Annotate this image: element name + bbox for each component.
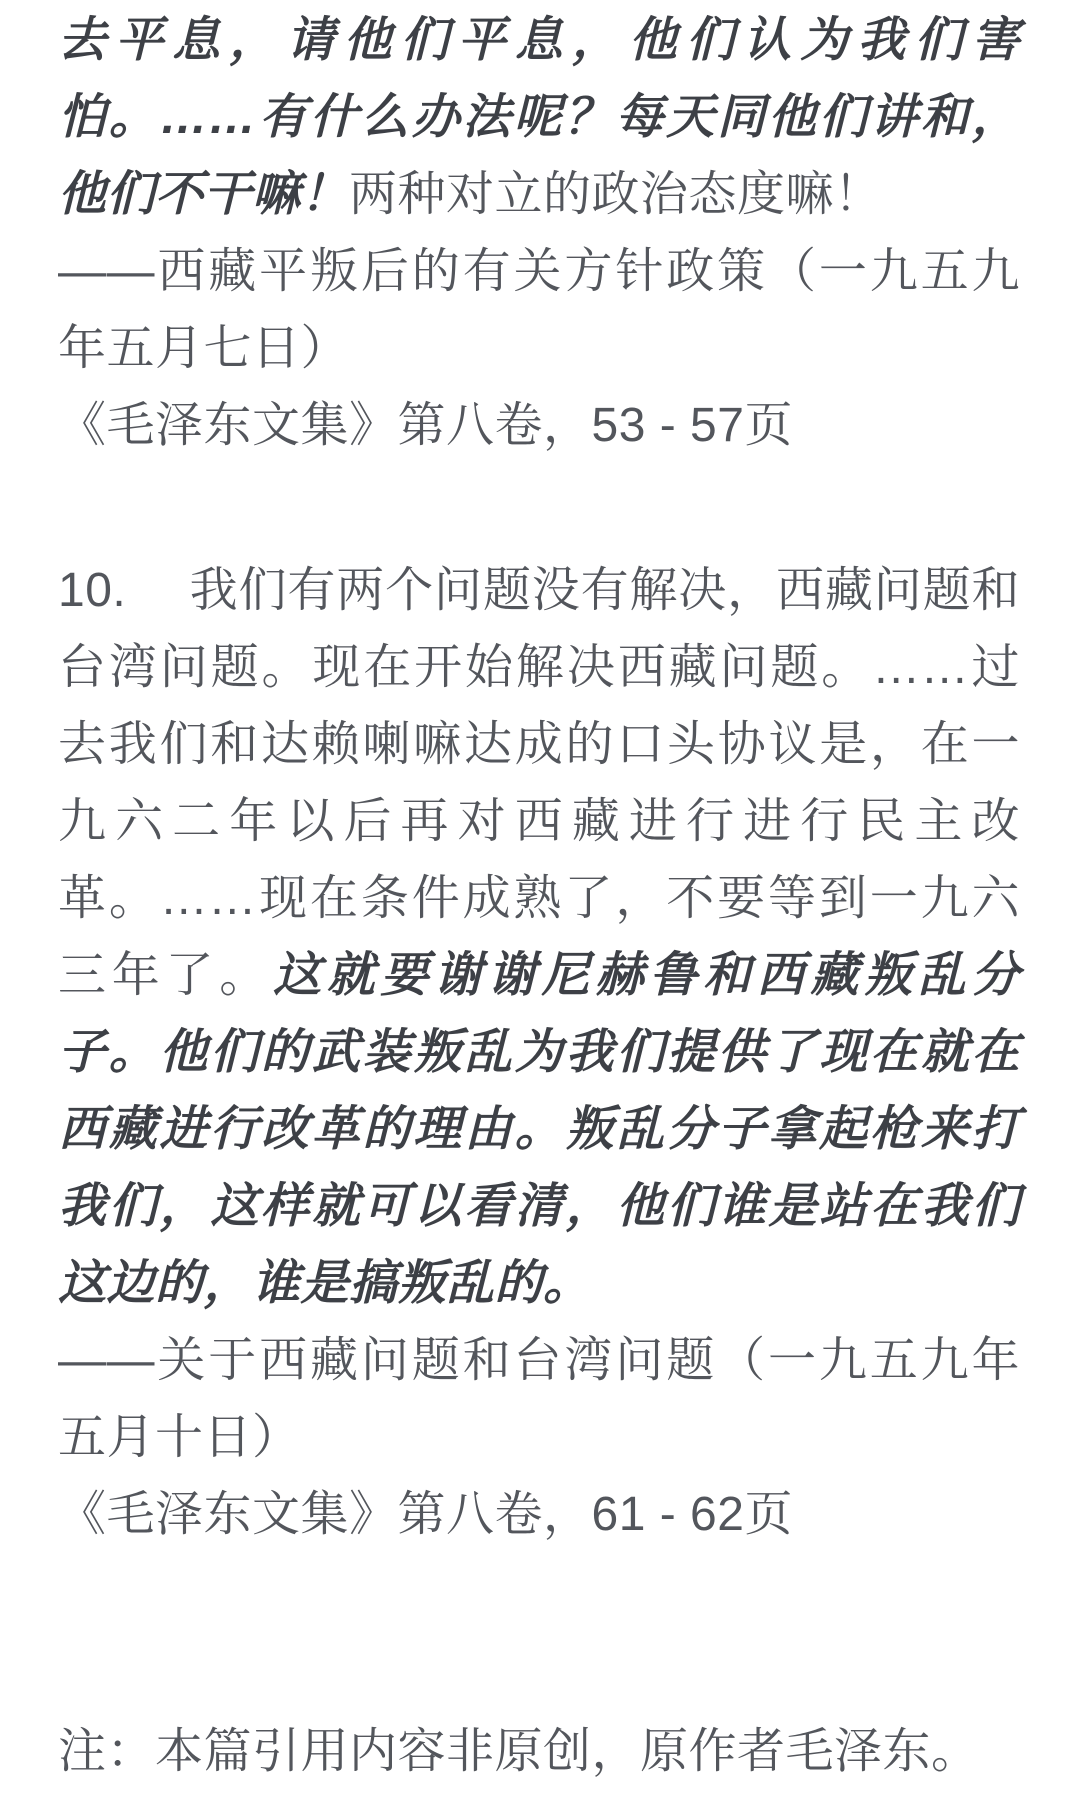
text-run: 这就要谢谢尼赫鲁和西藏叛乱分子。他们的武装叛乱为我们提供了现在就在西藏进行改革的…	[58, 949, 1020, 1310]
source-attribution-line: ——西藏平叛后的有关方针政策（一九五九年五月七日）	[58, 233, 1020, 387]
article-body: 去平息，请他们平息，他们认为我们害怕。……有什么办法呢？每天同他们讲和，他们不干…	[58, 2, 1020, 1790]
document-page: 去平息，请他们平息，他们认为我们害怕。……有什么办法呢？每天同他们讲和，他们不干…	[0, 0, 1074, 1807]
text-run: ——西藏平叛后的有关方针政策（一九五九年五月七日）	[58, 245, 1020, 375]
text-run: 《毛泽东文集》第八卷，61 - 62页	[58, 1488, 793, 1541]
author-note-line: 注：本篇引用内容非原创，原作者毛泽东。	[58, 1713, 1020, 1790]
citation-line: 《毛泽东文集》第八卷，61 - 62页	[58, 1476, 1020, 1553]
text-run: 两种对立的政治态度嘛！	[349, 168, 883, 221]
source-attribution-line: ——关于西藏问题和台湾问题（一九五九年五月十日）	[58, 1322, 1020, 1476]
text-run: 《毛泽东文集》第八卷，53 - 57页	[58, 399, 793, 452]
text-run: 注：本篇引用内容非原创，原作者毛泽东。	[58, 1725, 980, 1778]
text-run: 10. 我们有两个问题没有解决，西藏问题和台湾问题。现在开始解决西藏问题。……过…	[58, 564, 1020, 1002]
text-run: ——关于西藏问题和台湾问题（一九五九年五月十日）	[58, 1334, 1020, 1464]
citation-line: 《毛泽东文集》第八卷，53 - 57页	[58, 387, 1020, 464]
quote-continuation-paragraph: 去平息，请他们平息，他们认为我们害怕。……有什么办法呢？每天同他们讲和，他们不干…	[58, 2, 1020, 233]
quote-paragraph-10: 10. 我们有两个问题没有解决，西藏问题和台湾问题。现在开始解决西藏问题。……过…	[58, 552, 1020, 1322]
